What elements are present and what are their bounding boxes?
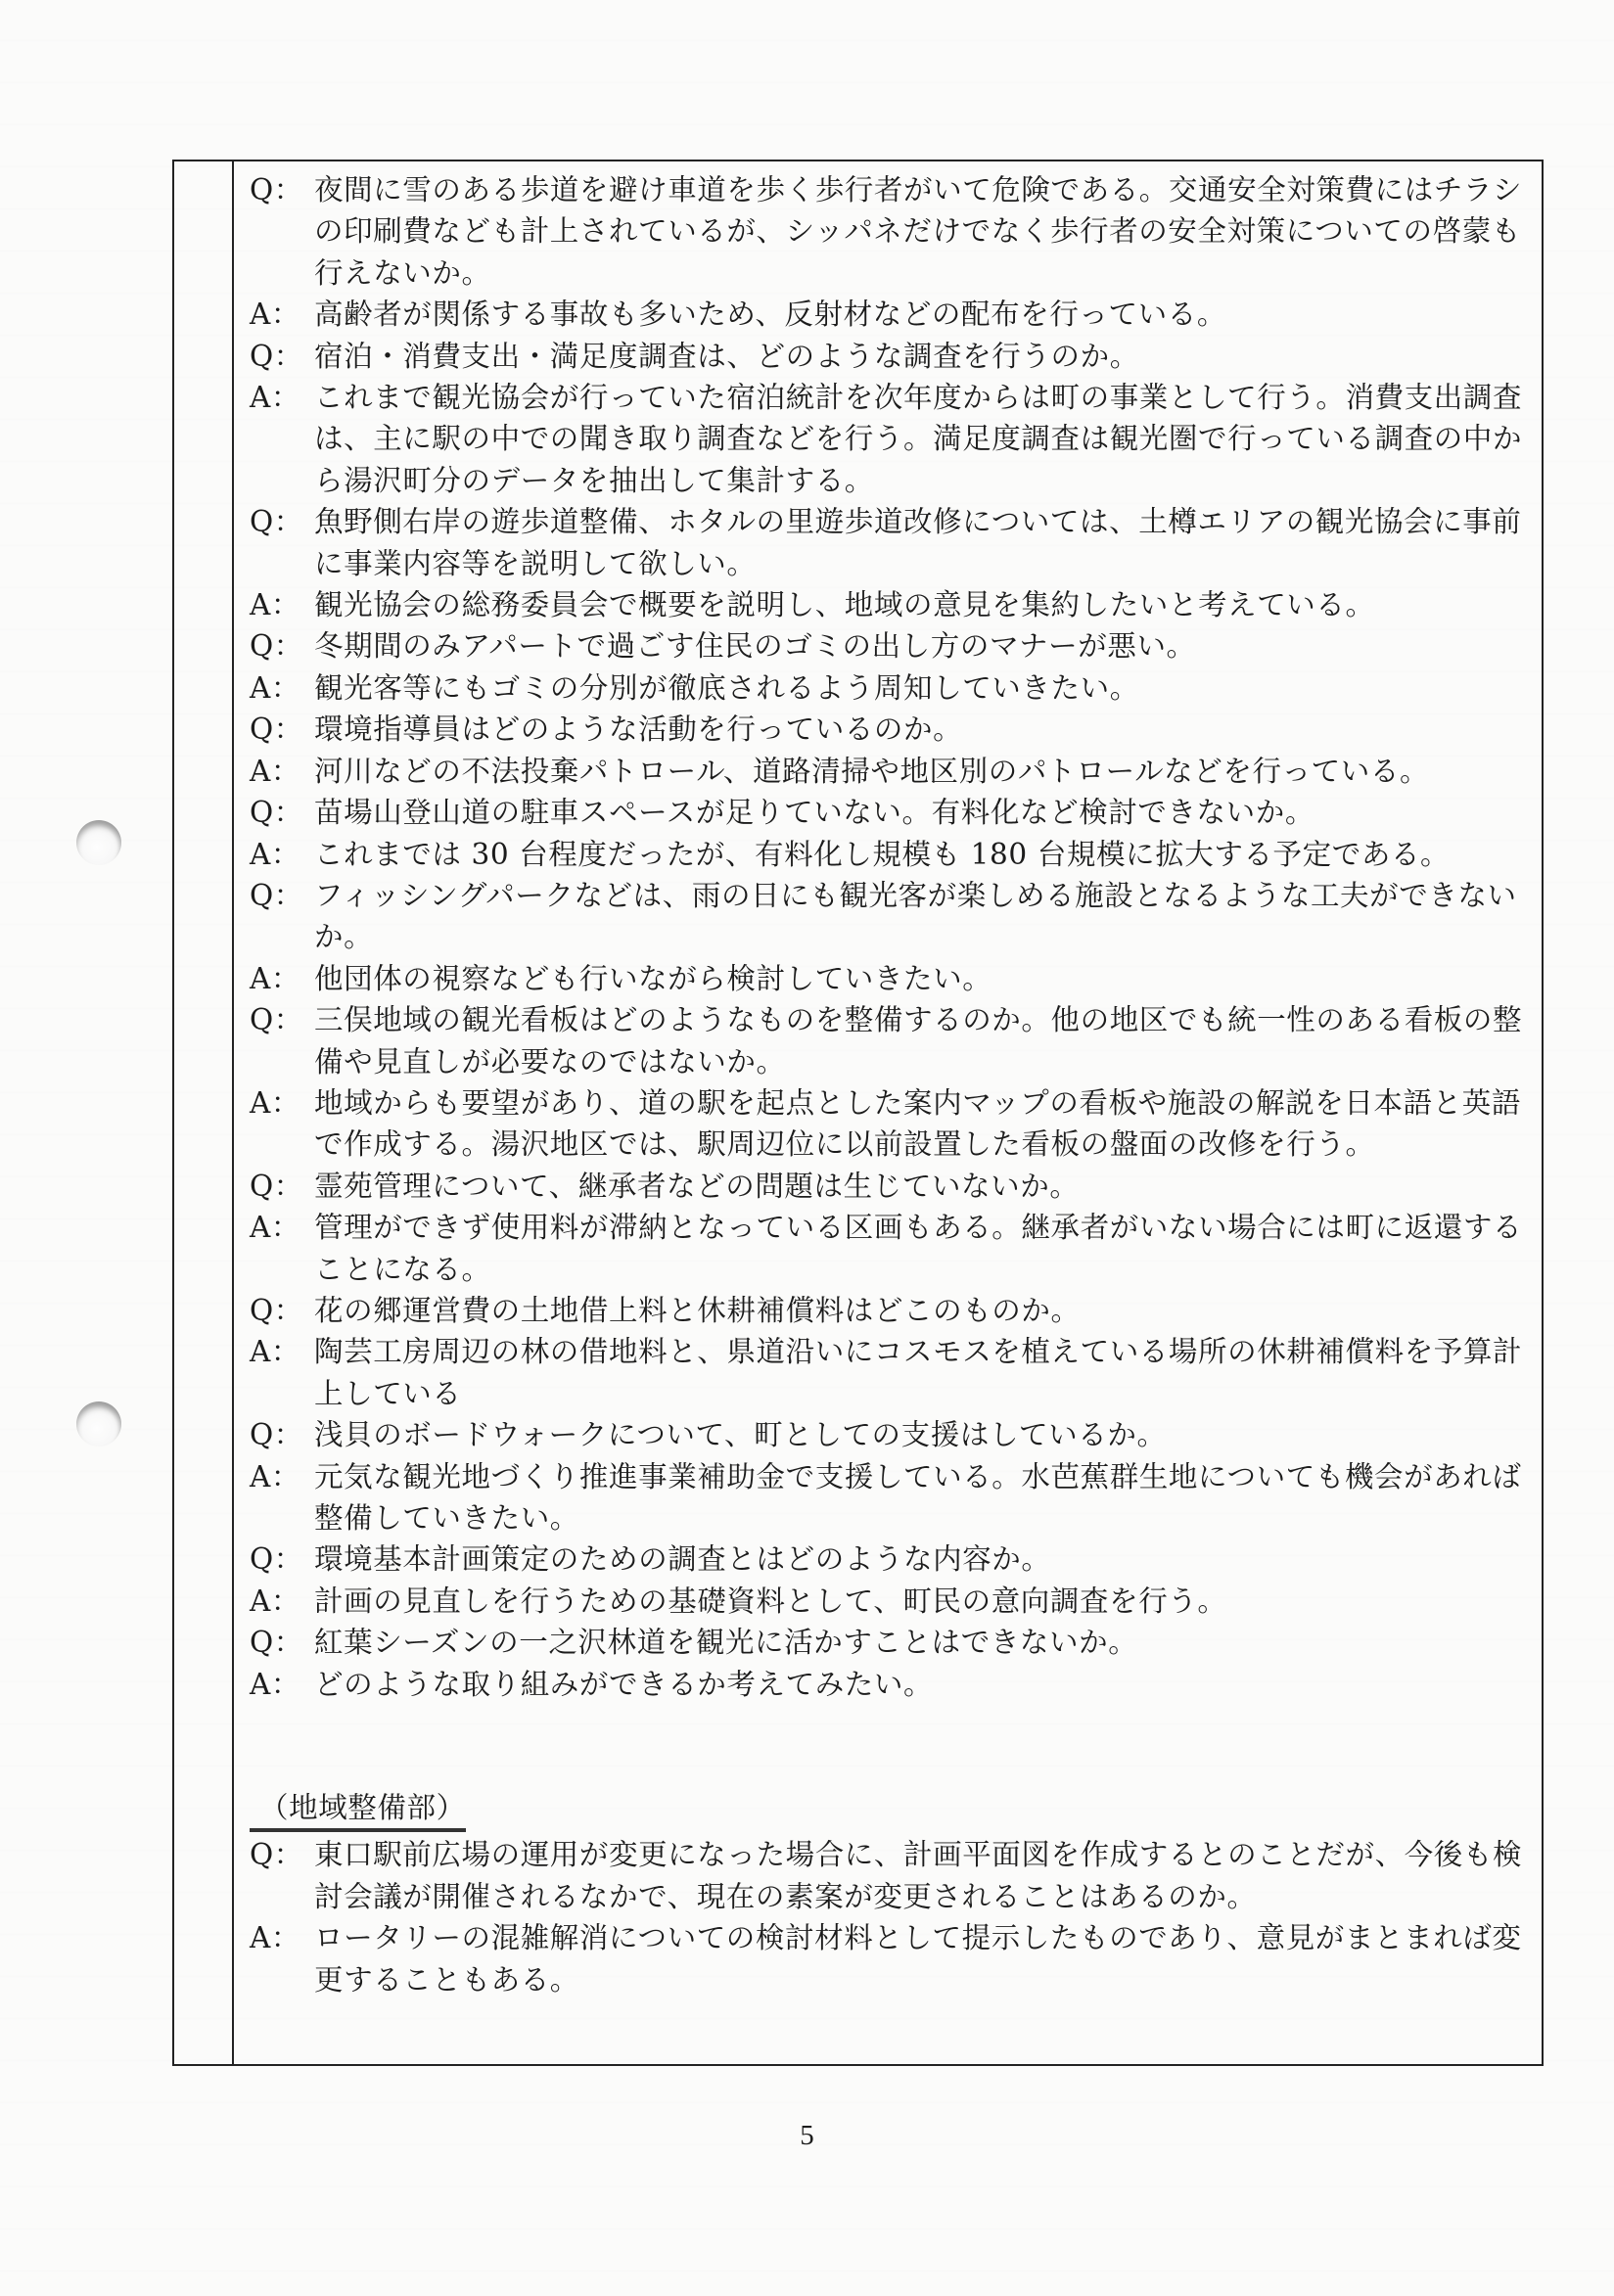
- question-item: Q：花の郷運営費の土地借上料と休耕補償料はどこのものか。: [250, 1290, 1557, 1331]
- question-item: Q：環境指導員はどのような活動を行っているのか。: [250, 709, 1557, 750]
- answer-marker: A：: [250, 584, 314, 625]
- answer-text: ロータリーの混雑解消についての検討材料として提示したものであり、意見がまとまれば…: [314, 1917, 1557, 2000]
- qa-list-section-2: Q：東口駅前広場の運用が変更になった場合に、計画平面図を作成するとのことだが、今…: [250, 1834, 1557, 2000]
- answer-text: 高齢者が関係する事故も多いため、反射材などの配布を行っている。: [314, 294, 1557, 335]
- punch-hole-upper: [76, 820, 121, 865]
- answer-marker: A：: [250, 834, 314, 875]
- answer-text: これまで観光協会が行っていた宿泊統計を次年度からは町の事業として行う。消費支出調…: [314, 377, 1557, 501]
- answer-marker: A：: [250, 1207, 314, 1290]
- answer-text: 他団体の視察なども行いながら検討していきたい。: [314, 958, 1557, 999]
- answer-marker: A：: [250, 294, 314, 335]
- question-item: Q：夜間に雪のある歩道を避け車道を歩く歩行者がいて危険である。交通安全対策費には…: [250, 169, 1557, 294]
- question-marker: Q：: [250, 1622, 314, 1663]
- answer-marker: A：: [250, 1331, 314, 1414]
- answer-item: A：高齢者が関係する事故も多いため、反射材などの配布を行っている。: [250, 294, 1557, 335]
- question-text: 花の郷運営費の土地借上料と休耕補償料はどこのものか。: [314, 1290, 1557, 1331]
- section-label-regional-development: （地域整備部）: [250, 1787, 466, 1832]
- answer-text: 陶芸工房周辺の林の借地料と、県道沿いにコスモスを植えている場所の休耕補償料を予算…: [314, 1331, 1557, 1414]
- answer-marker: A：: [250, 751, 314, 792]
- question-marker: Q：: [250, 625, 314, 666]
- answer-item: A：計画の見直しを行うための基礎資料として、町民の意向調査を行う。: [250, 1581, 1557, 1622]
- table-label-column: [174, 161, 234, 2064]
- table-content-column: Q：夜間に雪のある歩道を避け車道を歩く歩行者がいて危険である。交通安全対策費には…: [234, 161, 1557, 2064]
- answer-item: A：どのような取り組みができるか考えてみたい。: [250, 1664, 1557, 1705]
- answer-text: 河川などの不法投棄パトロール、道路清掃や地区別のパトロールなどを行っている。: [314, 751, 1557, 792]
- question-item: Q：三俣地域の観光看板はどのようなものを整備するのか。他の地区でも統一性のある看…: [250, 999, 1557, 1082]
- answer-marker: A：: [250, 377, 314, 501]
- qa-list-section-1: Q：夜間に雪のある歩道を避け車道を歩く歩行者がいて危険である。交通安全対策費には…: [250, 169, 1557, 1705]
- answer-text: 元気な観光地づくり推進事業補助金で支援している。水芭蕉群生地についても機会があれ…: [314, 1456, 1557, 1539]
- question-marker: Q：: [250, 1290, 314, 1331]
- answer-marker: A：: [250, 1664, 314, 1705]
- question-marker: Q：: [250, 1166, 314, 1207]
- question-marker: Q：: [250, 709, 314, 750]
- answer-marker: A：: [250, 1917, 314, 2000]
- question-item: Q：フィッシングパークなどは、雨の日にも観光客が楽しめる施設となるような工夫がで…: [250, 875, 1557, 958]
- answer-text: 観光客等にもゴミの分別が徹底されるよう周知していきたい。: [314, 667, 1557, 709]
- answer-text: 管理ができず使用料が滞納となっている区画もある。継承者がいない場合には町に返還す…: [314, 1207, 1557, 1290]
- question-item: Q：冬期間のみアパートで過ごす住民のゴミの出し方のマナーが悪い。: [250, 625, 1557, 666]
- answer-text: これまでは 30 台程度だったが、有料化し規模も 180 台規模に拡大する予定で…: [314, 834, 1557, 875]
- answer-item: A：管理ができず使用料が滞納となっている区画もある。継承者がいない場合には町に返…: [250, 1207, 1557, 1290]
- answer-item: A：観光客等にもゴミの分別が徹底されるよう周知していきたい。: [250, 667, 1557, 709]
- question-text: 宿泊・消費支出・満足度調査は、どのような調査を行うのか。: [314, 336, 1557, 377]
- answer-item: A：地域からも要望があり、道の駅を起点とした案内マップの看板や施設の解説を日本語…: [250, 1082, 1557, 1166]
- question-item: Q：苗場山登山道の駐車スペースが足りていない。有料化など検討できないか。: [250, 792, 1557, 833]
- question-item: Q：宿泊・消費支出・満足度調査は、どのような調査を行うのか。: [250, 336, 1557, 377]
- punch-hole-lower: [76, 1401, 121, 1446]
- answer-marker: A：: [250, 1082, 314, 1166]
- question-item: Q：紅葉シーズンの一之沢林道を観光に活かすことはできないか。: [250, 1622, 1557, 1663]
- question-text: 環境指導員はどのような活動を行っているのか。: [314, 709, 1557, 750]
- answer-item: A：河川などの不法投棄パトロール、道路清掃や地区別のパトロールなどを行っている。: [250, 751, 1557, 792]
- question-item: Q：環境基本計画策定のための調査とはどのような内容か。: [250, 1538, 1557, 1580]
- question-marker: Q：: [250, 1538, 314, 1580]
- question-text: フィッシングパークなどは、雨の日にも観光客が楽しめる施設となるような工夫ができな…: [314, 875, 1557, 958]
- question-item: Q：浅貝のボードウォークについて、町としての支援はしているか。: [250, 1414, 1557, 1455]
- question-text: 魚野側右岸の遊歩道整備、ホタルの里遊歩道改修については、土樽エリアの観光協会に事…: [314, 501, 1557, 584]
- question-text: 霊苑管理について、継承者などの問題は生じていないか。: [314, 1166, 1557, 1207]
- section-spacer: [250, 1705, 1557, 1787]
- answer-item: A：元気な観光地づくり推進事業補助金で支援している。水芭蕉群生地についても機会が…: [250, 1456, 1557, 1539]
- question-item: Q：東口駅前広場の運用が変更になった場合に、計画平面図を作成するとのことだが、今…: [250, 1834, 1557, 1917]
- answer-text: どのような取り組みができるか考えてみたい。: [314, 1664, 1557, 1705]
- question-marker: Q：: [250, 1414, 314, 1455]
- answer-text: 地域からも要望があり、道の駅を起点とした案内マップの看板や施設の解説を日本語と英…: [314, 1082, 1557, 1166]
- question-marker: Q：: [250, 501, 314, 584]
- question-item: Q：魚野側右岸の遊歩道整備、ホタルの里遊歩道改修については、土樽エリアの観光協会…: [250, 501, 1557, 584]
- answer-item: A：これまで観光協会が行っていた宿泊統計を次年度からは町の事業として行う。消費支…: [250, 377, 1557, 501]
- question-text: 冬期間のみアパートで過ごす住民のゴミの出し方のマナーが悪い。: [314, 625, 1557, 666]
- question-text: 紅葉シーズンの一之沢林道を観光に活かすことはできないか。: [314, 1622, 1557, 1663]
- question-marker: Q：: [250, 336, 314, 377]
- answer-item: A：他団体の視察なども行いながら検討していきたい。: [250, 958, 1557, 999]
- question-text: 三俣地域の観光看板はどのようなものを整備するのか。他の地区でも統一性のある看板の…: [314, 999, 1557, 1082]
- answer-item: A：ロータリーの混雑解消についての検討材料として提示したものであり、意見がまとま…: [250, 1917, 1557, 2000]
- qa-table: Q：夜間に雪のある歩道を避け車道を歩く歩行者がいて危険である。交通安全対策費には…: [172, 160, 1544, 2066]
- question-marker: Q：: [250, 1834, 314, 1917]
- question-marker: Q：: [250, 999, 314, 1082]
- question-text: 夜間に雪のある歩道を避け車道を歩く歩行者がいて危険である。交通安全対策費にはチラ…: [314, 169, 1557, 294]
- answer-marker: A：: [250, 1456, 314, 1539]
- question-marker: Q：: [250, 169, 314, 294]
- question-marker: Q：: [250, 875, 314, 958]
- question-text: 苗場山登山道の駐車スペースが足りていない。有料化など検討できないか。: [314, 792, 1557, 833]
- answer-text: 計画の見直しを行うための基礎資料として、町民の意向調査を行う。: [314, 1581, 1557, 1622]
- page-number: 5: [0, 2120, 1614, 2152]
- answer-item: A：陶芸工房周辺の林の借地料と、県道沿いにコスモスを植えている場所の休耕補償料を…: [250, 1331, 1557, 1414]
- answer-item: A：これまでは 30 台程度だったが、有料化し規模も 180 台規模に拡大する予…: [250, 834, 1557, 875]
- answer-marker: A：: [250, 1581, 314, 1622]
- answer-marker: A：: [250, 958, 314, 999]
- answer-marker: A：: [250, 667, 314, 709]
- question-item: Q：霊苑管理について、継承者などの問題は生じていないか。: [250, 1166, 1557, 1207]
- question-marker: Q：: [250, 792, 314, 833]
- question-text: 東口駅前広場の運用が変更になった場合に、計画平面図を作成するとのことだが、今後も…: [314, 1834, 1557, 1917]
- question-text: 環境基本計画策定のための調査とはどのような内容か。: [314, 1538, 1557, 1580]
- answer-text: 観光協会の総務委員会で概要を説明し、地域の意見を集約したいと考えている。: [314, 584, 1557, 625]
- question-text: 浅貝のボードウォークについて、町としての支援はしているか。: [314, 1414, 1557, 1455]
- answer-item: A：観光協会の総務委員会で概要を説明し、地域の意見を集約したいと考えている。: [250, 584, 1557, 625]
